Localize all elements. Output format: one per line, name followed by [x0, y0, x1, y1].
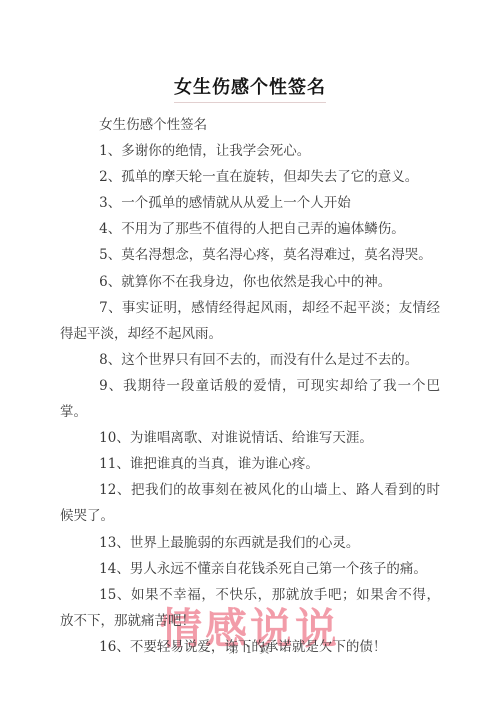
page-title-text: 女生伤感个性签名	[174, 73, 326, 103]
list-item-12: 12、把我们的故事刻在被风化的山墙上、路人看到的时候哭了。	[60, 477, 440, 529]
list-item-3: 3、一个孤单的感情就从从爱上一个人开始	[60, 190, 440, 216]
list-item-4: 4、不用为了那些不值得的人把自己弄的遍体鳞伤。	[60, 216, 440, 242]
list-item-11: 11、谁把谁真的当真，谁为谁心疼。	[60, 451, 440, 477]
subtitle: 女生伤感个性签名	[60, 112, 440, 138]
list-item-14: 14、男人永远不懂亲自花钱杀死自己第一个孩子的痛。	[60, 556, 440, 582]
document-body: 女生伤感个性签名 1、多谢你的绝情，让我学会死心。 2、孤单的摩天轮一直在旋转，…	[60, 112, 440, 660]
list-item-13: 13、世界上最脆弱的东西就是我们的心灵。	[60, 530, 440, 556]
list-item-5: 5、莫名淂想念，莫名淂心疼，莫名淂难过，莫名淂哭。	[60, 242, 440, 268]
list-item-9: 9、我期待一段童话般的爱情，可现实却给了我一个巴掌。	[60, 373, 440, 425]
list-item-15: 15、如果不幸福，不快乐，那就放手吧；如果舍不得，放不下，那就痛苦吧！	[60, 582, 440, 634]
list-item-7: 7、事实证明，感情经得起风雨，却经不起平淡；友情经得起平淡，却经不起风雨。	[60, 295, 440, 347]
page-number: 第 1 页	[0, 641, 500, 656]
list-item-10: 10、为谁唱离歌、对谁说情话、给谁写天涯。	[60, 425, 440, 451]
list-item-6: 6、就算你不在我身边，你也依然是我心中的神。	[60, 269, 440, 295]
list-item-1: 1、多谢你的绝情，让我学会死心。	[60, 138, 440, 164]
list-item-8: 8、这个世界只有回不去的，而没有什么是过不去的。	[60, 347, 440, 373]
document-page: 女生伤感个性签名 女生伤感个性签名 1、多谢你的绝情，让我学会死心。 2、孤单的…	[0, 0, 500, 708]
list-item-2: 2、孤单的摩天轮一直在旋转，但却失去了它的意义。	[60, 164, 440, 190]
page-title: 女生伤感个性签名	[0, 73, 500, 103]
